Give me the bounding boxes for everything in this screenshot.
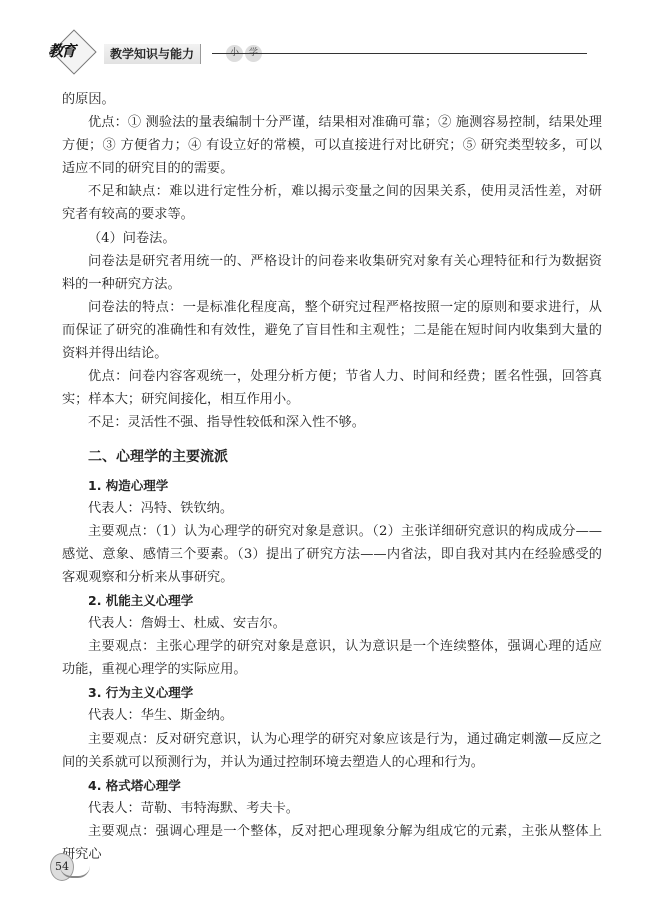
subsection-heading: 3. 行为主义心理学 (62, 681, 602, 704)
paragraph: 代表人：苛勒、韦特海默、考夫卡。 (62, 797, 602, 820)
header-rule (212, 53, 587, 54)
paragraph: 代表人：华生、斯金纳。 (62, 704, 602, 727)
subsection-heading: 4. 格式塔心理学 (62, 774, 602, 797)
subsection-heading: 1. 构造心理学 (62, 474, 602, 497)
paragraph: 主要观点：主张心理学的研究对象是意识，认为意识是一个连续整体，强调心理的适应功能… (62, 635, 602, 681)
paragraph: 主要观点：（1）认为心理学的研究对象是意识。（2）主张详细研究意识的构成成分——… (62, 520, 602, 589)
paragraph: 主要观点：反对研究意识，认为心理学的研究对象应该是行为，通过确定刺激—反应之间的… (62, 728, 602, 774)
paragraph: 主要观点：强调心理是一个整体，反对把心理现象分解为组成它的元素，主张从整体上研究… (62, 820, 602, 866)
paragraph: （4）问卷法。 (62, 227, 602, 250)
paragraph: 不足和缺点：难以进行定性分析，难以揭示变量之间的因果关系，使用灵活性差，对研究者… (62, 180, 602, 226)
paragraph: 问卷法是研究者用统一的、严格设计的问卷来收集研究对象有关心理特征和行为数据资料的… (62, 250, 602, 296)
paragraph: 代表人：冯特、铁钦纳。 (62, 497, 602, 520)
paragraph: 的原因。 (62, 88, 602, 111)
section-heading: 二、心理学的主要流派 (62, 446, 602, 469)
paragraph: 问卷法的特点：一是标准化程度高，整个研究过程严格按照一定的原则和要求进行，从而保… (62, 296, 602, 365)
paragraph: 优点：① 测验法的量表编制十分严谨，结果相对准确可靠；② 施测容易控制，结果处理… (62, 111, 602, 180)
subsection-heading: 2. 机能主义心理学 (62, 589, 602, 612)
paragraph: 代表人：詹姆士、杜威、安吉尔。 (62, 612, 602, 635)
logo-text: 教育 (48, 40, 74, 61)
running-header: 教育 教学知识与能力 小 学 (48, 32, 468, 82)
paragraph: 优点：问卷内容客观统一，处理分析方便；节省人力、时间和经费；匿名性强，回答真实；… (62, 365, 602, 411)
page-body: 的原因。 优点：① 测验法的量表编制十分严谨，结果相对准确可靠；② 施测容易控制… (62, 88, 602, 866)
book-title: 教学知识与能力 (104, 44, 201, 64)
paragraph: 不足：灵活性不强、指导性较低和深入性不够。 (62, 411, 602, 434)
